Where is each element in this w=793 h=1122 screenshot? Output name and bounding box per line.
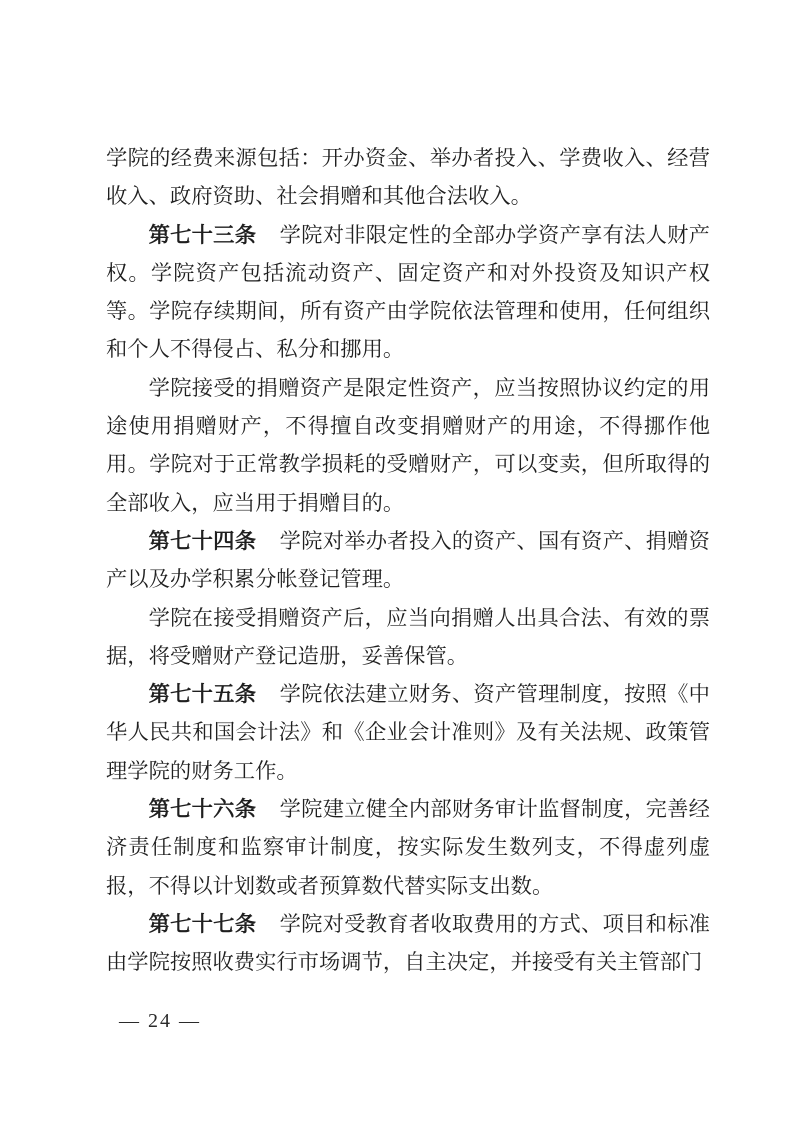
paragraph-text: 学院的经费来源包括：开办资金、举办者投入、学费收入、经营收入、政府资助、社会捐赠…	[106, 146, 710, 208]
paragraph: 第七十三条学院对非限定性的全部办学资产享有法人财产权。学院资产包括流动资产、固定…	[106, 216, 710, 369]
article-number: 第七十五条	[149, 682, 257, 706]
article-number: 第七十七条	[149, 912, 257, 936]
paragraph: 学院在接受捐赠资产后，应当向捐赠人出具合法、有效的票据，将受赠财产登记造册，妥善…	[106, 599, 710, 676]
paragraph: 学院接受的捐赠资产是限定性资产，应当按照协议约定的用途使用捐赠财产，不得擅自改变…	[106, 369, 710, 522]
article-number: 第七十三条	[149, 223, 257, 247]
paragraph-text: 学院接受的捐赠资产是限定性资产，应当按照协议约定的用途使用捐赠财产，不得擅自改变…	[106, 376, 710, 515]
paragraph: 第七十七条学院对受教育者收取费用的方式、项目和标准由学院按照收费实行市场调节，自…	[106, 905, 710, 982]
article-number: 第七十四条	[149, 529, 257, 553]
document-page: 学院的经费来源包括：开办资金、举办者投入、学费收入、经营收入、政府资助、社会捐赠…	[0, 0, 793, 1122]
paragraph: 学院的经费来源包括：开办资金、举办者投入、学费收入、经营收入、政府资助、社会捐赠…	[106, 139, 710, 216]
paragraph: 第七十六条学院建立健全内部财务审计监督制度，完善经济责任制度和监察审计制度，按实…	[106, 790, 710, 905]
paragraph: 第七十四条学院对举办者投入的资产、国有资产、捐赠资产以及办学积累分帐登记管理。	[106, 522, 710, 599]
page-number: — 24 —	[119, 1008, 201, 1034]
paragraph: 第七十五条学院依法建立财务、资产管理制度，按照《中华人民共和国会计法》和《企业会…	[106, 675, 710, 790]
page-body-text: 学院的经费来源包括：开办资金、举办者投入、学费收入、经营收入、政府资助、社会捐赠…	[106, 139, 710, 982]
article-number: 第七十六条	[149, 797, 257, 821]
paragraph-text: 学院在接受捐赠资产后，应当向捐赠人出具合法、有效的票据，将受赠财产登记造册，妥善…	[106, 606, 710, 668]
